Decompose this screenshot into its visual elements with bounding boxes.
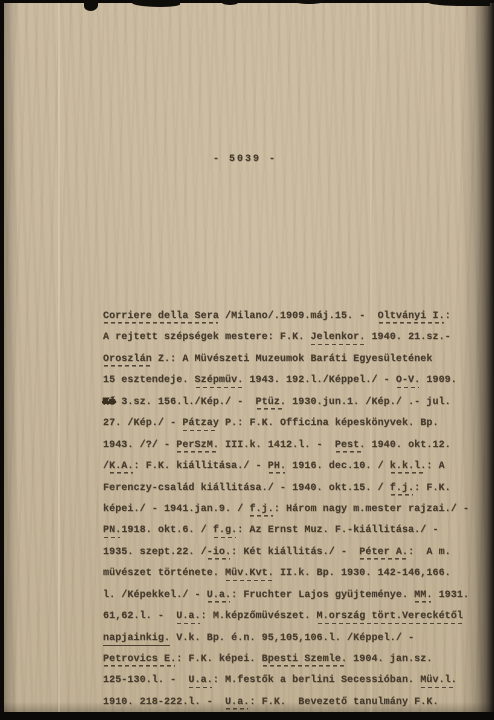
underlined-text: Szépmüv. (195, 375, 244, 388)
underlined-text: U.a. (176, 611, 200, 624)
typewritten-line: Ferenczy-család kiállitása./ - 1940. okt… (103, 478, 488, 499)
text-segment: II.k. Bp. 1930. 142-146,166. (274, 568, 451, 579)
text-segment: : A (426, 461, 444, 472)
text-segment: : Három nagy m.mester rajzai./ - (274, 504, 469, 515)
underlined-text: Oltványi I. (378, 311, 445, 324)
underlined-text: Jelenkor. (310, 332, 365, 345)
typewritten-line: Petrovics E.: F.K. képei. Bpesti Szemle.… (103, 649, 488, 670)
struck-out-text: Ké (103, 397, 115, 408)
text-segment: /Milano/.1909.máj.15. - (219, 311, 378, 322)
text-segment: : Fruchter Lajos gyüjteménye. (231, 590, 414, 601)
text-segment: : F.K. képei. (176, 654, 261, 665)
text-segment: III.k. 1412.l. - (219, 440, 335, 451)
text-segment: : (445, 311, 451, 322)
typewritten-line: Ké 3.sz. 156.l./Kép./ - Ptüz. 1930.jun.1… (103, 392, 488, 413)
underlined-text: Petrovics E. (103, 654, 176, 667)
text-segment: A rejtett szépségek mestere: F.K. (103, 332, 310, 343)
text-segment: l. /Képekkel./ - (103, 590, 207, 601)
text-segment: 1940. okt.12. (365, 440, 450, 451)
text-segment: 1931. (432, 590, 469, 601)
text-segment: 1916. dec.10. / (286, 461, 390, 472)
text-segment: : Az Ernst Muz. F.-kiállitása./ - (237, 525, 438, 536)
text-segment: képei./ - 1941.jan.9. / (103, 504, 249, 515)
typewritten-line: Corriere della Sera /Milano/.1909.máj.15… (103, 306, 488, 327)
underlined-text: k.k.l. (390, 461, 427, 474)
underlined-text: Corriere della Sera (103, 311, 219, 324)
text-segment: 15 esztendeje. (103, 375, 195, 386)
underlined-text: f.g. (213, 525, 237, 538)
scan-frame: - 5039 - Corriere della Sera /Milano/.19… (0, 0, 494, 720)
underlined-text: f.j. (249, 504, 273, 517)
underlined-text: Pest. (335, 440, 366, 453)
text-segment: 1943. 192.l./Képpel./ - (243, 375, 396, 386)
text-segment: müvészet története. (103, 568, 225, 579)
underlined-text: PerSzM. (176, 440, 219, 453)
typewritten-line: 27. /Kép./ - Pátzay P.: F.K. Officina ké… (103, 413, 488, 434)
text-segment: 61,62.l. - (103, 611, 176, 622)
underlined-text: PH. (268, 461, 286, 474)
text-segment: : F.K. kiállitása./ - (134, 461, 268, 472)
text-segment: 1935. szept.22. / (103, 547, 207, 558)
underlined-text: U.a. (188, 675, 212, 688)
typewritten-line: 1935. szept.22. /-io.: Két kiállitás./ -… (103, 542, 488, 563)
text-segment: 1918. okt.6. / (121, 525, 213, 536)
typewritten-line: 1943. /?/ - PerSzM. III.k. 1412.l. - Pes… (103, 435, 488, 456)
typewritten-line: 1910. 218-222.l. - U.a.: F.K. Bevezető t… (103, 692, 488, 713)
text-segment: 1909. (420, 375, 457, 386)
typewritten-line: 15 esztendeje. Szépmüv. 1943. 192.l./Kép… (103, 370, 488, 391)
typewritten-line: napjainkig. V.k. Bp. é.n. 95,105,106.l. … (103, 628, 488, 649)
page-number: - 5039 - (213, 154, 277, 165)
text-segment: Z.: A Müvészeti Muzeumok Baráti Egyesüle… (152, 354, 433, 365)
typewritten-line: A rejtett szépségek mestere: F.K. Jelenk… (103, 327, 488, 348)
underlined-text: M.ország tört.Vereckétől (317, 611, 463, 624)
text-segment: : A m. (408, 547, 451, 558)
typewritten-line: 61,62.l. - U.a.: M.képzőmüvészet. M.orsz… (103, 606, 488, 627)
text-segment: V.k. Bp. é.n. 95,105,106.l. /Képpel./ - (170, 633, 414, 644)
text-segment: 1940. 21.sz.- (365, 332, 450, 343)
typewritten-line: müvészet története. Müv.Kvt. II.k. Bp. 1… (103, 563, 488, 584)
text-segment: 27. /Kép./ - (103, 418, 182, 429)
underlined-text: -io. (207, 547, 231, 560)
text-segment: 1904. jan.sz. (347, 654, 432, 665)
typewritten-line: 125-130.l. - U.a.: M.festők a berlini Se… (103, 670, 488, 691)
text-segment: : M.festők a berlini Secessióban. (213, 675, 420, 686)
text-segment: 3.sz. 156.l./Kép./ - (115, 397, 255, 408)
underlined-text: K.A. (109, 461, 133, 474)
scanned-page: - 5039 - Corriere della Sera /Milano/.19… (4, 3, 494, 712)
underlined-text: O-V. (396, 375, 420, 388)
typewritten-line: PN.1918. okt.6. / f.g.: Az Ernst Muz. F.… (103, 520, 488, 541)
underlined-text: U.a. (207, 590, 231, 603)
underlined-text: Péter A. (359, 547, 408, 560)
bibliography-text-block: Corriere della Sera /Milano/.1909.máj.15… (103, 306, 488, 713)
typewritten-line: képei./ - 1941.jan.9. / f.j.: Három nagy… (103, 499, 488, 520)
underlined-text: U.a. (225, 697, 249, 710)
text-segment: 1943. /?/ - (103, 440, 176, 451)
text-segment: 1910. 218-222.l. - (103, 697, 225, 708)
underlined-text: Müv.l. (420, 675, 457, 688)
underlined-text: napjainkig. (103, 633, 170, 646)
text-segment: Ferenczy-család kiállitása./ - 1940. okt… (103, 483, 390, 494)
underlined-text: MM. (414, 590, 432, 603)
text-segment: 125-130.l. - (103, 675, 188, 686)
underlined-text: PN. (103, 525, 121, 538)
typewritten-line: Oroszlán Z.: A Müvészeti Muzeumok Baráti… (103, 349, 488, 370)
text-segment: P.: F.K. Officina képeskönyvek. Bp. (219, 418, 439, 429)
typewritten-line: /K.A.: F.K. kiállitása./ - PH. 1916. dec… (103, 456, 488, 477)
underlined-text: Pátzay (182, 418, 219, 431)
underlined-text: Ptüz. (256, 397, 287, 410)
underlined-text: Bpesti Szemle. (262, 654, 347, 667)
text-segment: : Két kiállitás./ - (231, 547, 359, 558)
text-segment: : M.képzőmüvészet. (201, 611, 317, 622)
text-segment: 1930.jun.1. /Kép./ .- jul. (286, 397, 451, 408)
underlined-text: Müv.Kvt. (225, 568, 274, 581)
left-edge-shadow (4, 3, 18, 712)
text-segment: : F.K. Bevezető tanulmány F.K. (249, 697, 438, 708)
paper-crease (58, 3, 60, 712)
typewritten-line: l. /Képekkel./ - U.a.: Fruchter Lajos gy… (103, 585, 488, 606)
underlined-text: f.j. (390, 483, 414, 496)
underlined-text: Oroszlán (103, 354, 152, 367)
text-segment: : F.K. (414, 483, 451, 494)
